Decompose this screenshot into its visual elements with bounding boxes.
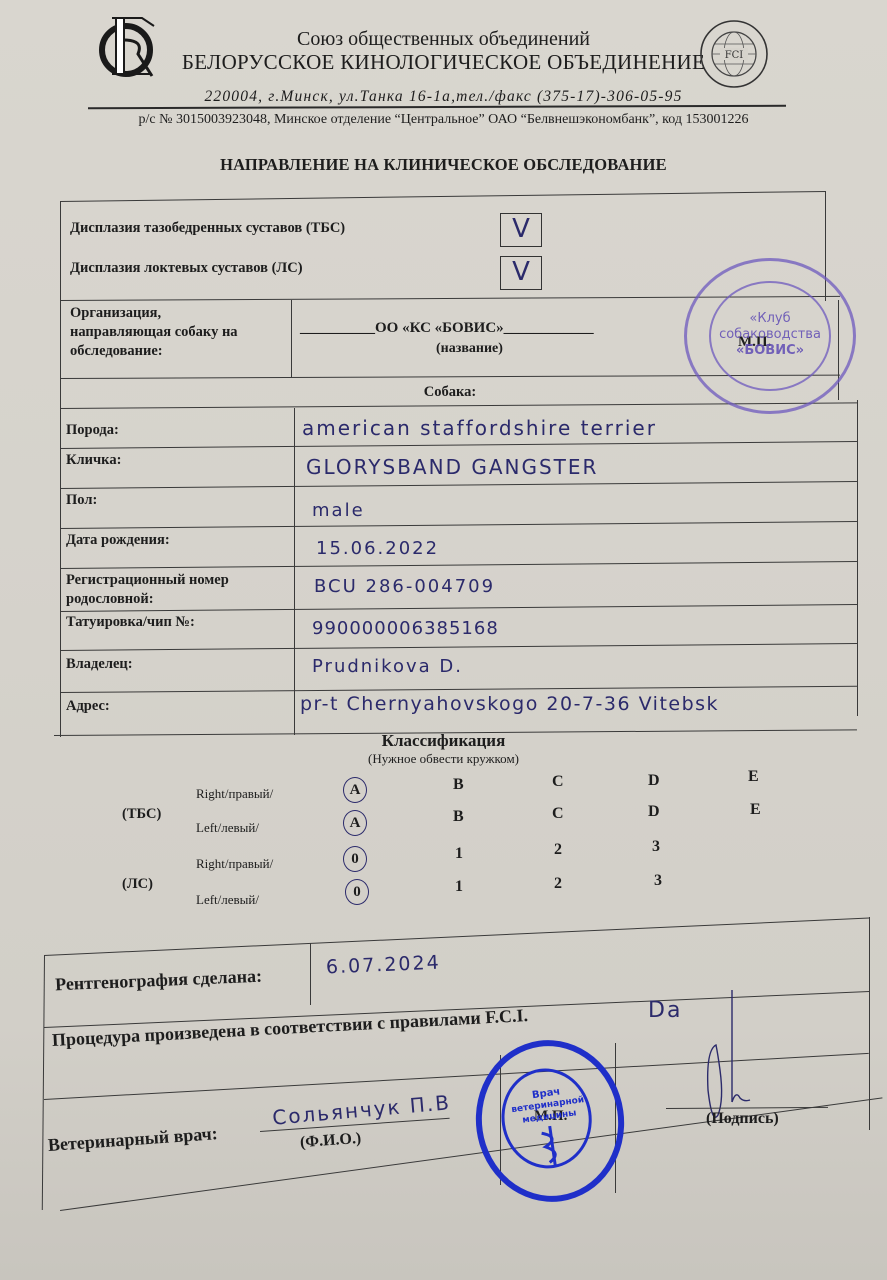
pedigree-number-label-line: родословной: [66,590,229,609]
document-title: НАПРАВЛЕНИЕ НА КЛИНИЧЕСКОЕ ОБСЛЕДОВАНИЕ [0,155,887,175]
check-mark-icon: V [501,256,541,288]
club-stamp-text: собаководства [687,327,853,342]
elbow-left-option[interactable]: 2 [554,875,562,893]
table-border-right-bottom [857,400,858,716]
breed-value: american staffordshire terrier [302,416,657,440]
hip-right-option[interactable]: D [648,772,660,790]
row-divider [60,561,857,569]
hip-right-option[interactable]: C [552,773,564,791]
table-border-left [42,955,46,1210]
hip-right-label: Right/правый/ [196,786,273,802]
club-stamp-text: «БОВИС» [687,343,853,358]
chip-label: Татуировка/чип №: [66,613,195,632]
breed-label: Порода: [66,421,119,440]
table-border-top [44,918,869,957]
organization-value: __________ОО «КС «БОВИС»____________ [300,320,594,337]
classification-title: Классификация [0,731,887,751]
elbow-left-option[interactable]: 3 [654,872,662,890]
vet-stamp: Врач ветеринарной медицины [465,1030,634,1211]
signature-caption: (Подпись) [706,1110,779,1128]
hip-right-option[interactable]: E [748,768,759,786]
row-divider [60,441,857,449]
option-label: 0 [353,884,361,900]
organization-caption: (название) [436,341,503,357]
hip-left-option[interactable]: E [750,801,761,819]
hip-left-option[interactable]: C [552,805,564,823]
birth-date-label: Дата рождения: [66,531,170,550]
elbow-left-option[interactable]: 1 [455,878,463,896]
birth-date-value: 15.06.2022 [316,538,439,559]
hip-left-option[interactable]: B [453,808,464,826]
exam-elbow-label: Дисплазия локтевых суставов (ЛС) [70,259,303,278]
address-value: pr-t Chernyahovskogo 20-7-36 Vitebsk [300,693,719,715]
owner-label: Владелец: [66,655,133,674]
bank-details: р/с № 3015003923048, Минское отделение “… [0,112,887,128]
organization-label: Организация, направляющая собаку на обсл… [70,304,238,361]
hip-left-option[interactable]: D [648,803,660,821]
elbow-left-label: Left/левый/ [196,892,259,908]
vet-name-caption: (Ф.И.О.) [299,1130,361,1152]
procedure-label: Процедура произведена в соответствии с п… [51,1005,528,1051]
vet-label: Ветеринарный врач: [47,1123,218,1156]
hip-group-label: (ТБС) [122,806,161,823]
row-divider [60,521,857,529]
row-divider [60,481,857,489]
organization-label-line: Организация, [70,304,238,323]
chip-value: 990000006385168 [312,618,499,639]
address-label: Адрес: [66,697,110,716]
option-label: 0 [351,851,359,867]
pedigree-number-label: Регистрационный номер родословной: [66,571,229,609]
hip-right-option[interactable]: B [453,776,464,794]
name-value: GLORYSBAND GANGSTER [306,455,598,479]
elbow-right-option[interactable]: 1 [455,845,463,863]
owner-value: Prudnikova D. [312,656,463,677]
column-divider [310,943,311,1005]
name-label: Кличка: [66,451,121,470]
table-border-top [60,191,826,202]
pedigree-number-label-line: Регистрационный номер [66,571,229,590]
organization-label-line: направляющая собаку на [70,323,238,342]
header-address: 220004, г.Минск, ул.Танка 16-1а,тел./фак… [0,88,887,106]
elbow-right-option-selected[interactable]: 0 [343,846,367,872]
elbow-group-label: (ЛС) [122,876,153,893]
hip-left-option-selected[interactable]: A [343,810,367,836]
option-label: A [350,782,361,798]
exam-hip-label: Дисплазия тазобедренных суставов (ТБС) [70,219,345,238]
check-mark-icon: V [501,213,541,245]
sex-value: male [312,500,365,521]
pedigree-number-value: BCU 286-004709 [314,576,495,597]
procedure-value: Da [648,998,682,1023]
column-divider [291,300,292,378]
row-divider [60,643,857,651]
hip-left-label: Left/левый/ [196,820,259,836]
dog-section-title: Собака: [60,384,840,401]
xray-label: Рентгенография сделана: [55,966,263,996]
sex-label: Пол: [66,491,97,510]
elbow-right-label: Right/правый/ [196,856,273,872]
club-stamp-text: «Клуб [687,311,853,326]
classification-subtitle: (Нужное обвести кружком) [0,751,887,767]
xray-date-value: 6.07.2024 [326,952,442,979]
fci-logo-icon: FCI [698,18,770,90]
option-label: A [350,815,361,831]
elbow-left-option-selected[interactable]: 0 [345,879,369,905]
table-border-left [60,201,61,737]
svg-text:FCI: FCI [725,50,744,61]
caduceus-icon [535,1122,571,1170]
column-divider [294,408,295,735]
hip-right-option-selected[interactable]: A [343,777,367,803]
organization-label-line: обследование: [70,342,238,361]
elbow-right-option[interactable]: 2 [554,841,562,859]
elbow-right-option[interactable]: 3 [652,838,660,856]
